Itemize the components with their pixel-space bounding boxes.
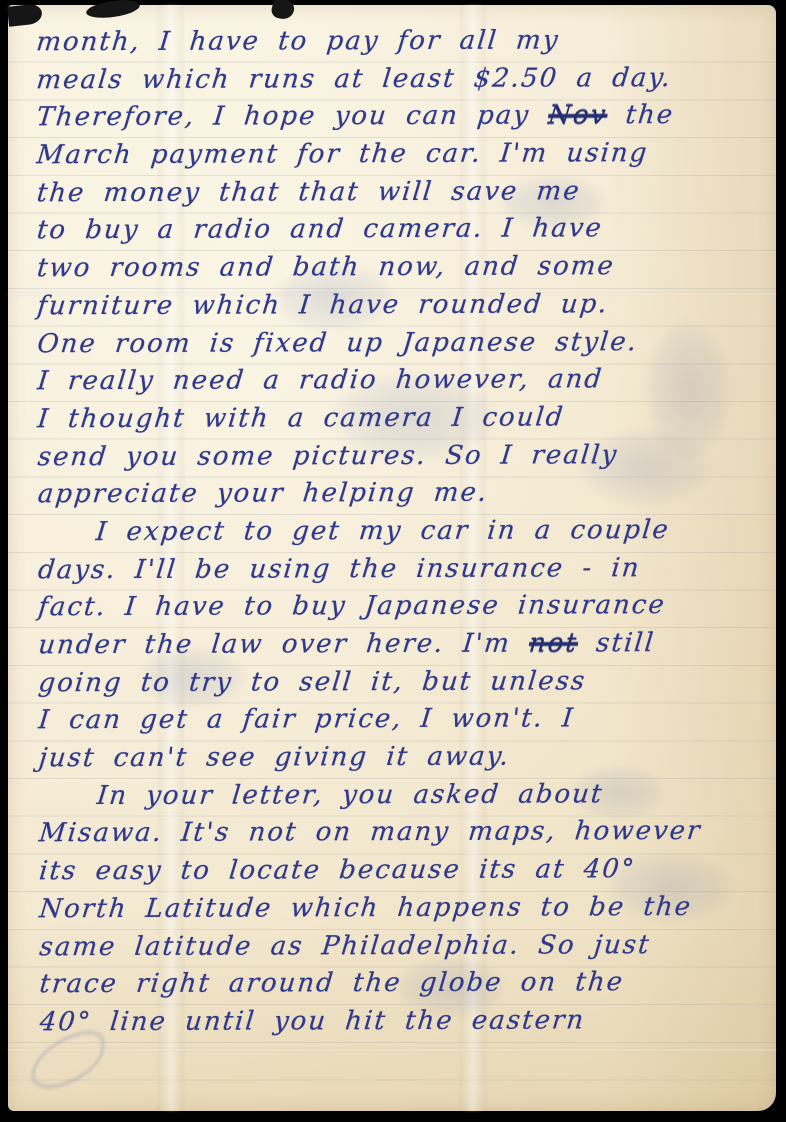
letter-line: appreciate your helping me. [36,474,764,514]
letter-line: to buy a radio and camera. I have [35,210,763,250]
struck-word: not [528,628,580,658]
scan-background: { "document": { "kind": "handwritten-let… [0,0,786,1122]
letter-line: month, I have to pay for all my [34,22,762,62]
letter-line: send you some pictures. So I really [36,436,764,476]
letter-line: fact. I have to buy Japanese insurance [36,587,764,627]
letter-line-text: Therefore, I hope you can pay [35,101,550,133]
letter-line: trace right around the globe on the [38,964,766,1004]
horizontal-crease [8,1048,776,1052]
letter-text: month, I have to pay for all my meals wh… [36,22,764,1042]
scan-edge-ink-fragment [270,0,296,21]
letter-line: Misawa. It's not on many maps, however [37,813,765,853]
letter-line: I expect to get my car in a couple [36,512,764,552]
struck-word: Nov [547,101,609,131]
letter-line-text: the [606,100,676,130]
letter-line: 40° line until you hit the eastern [38,1002,766,1042]
letter-line: I can get a fair price, I won't. I [37,700,765,740]
letter-line: furniture which I have rounded up. [35,286,763,326]
scan-edge-ink-blot [7,3,43,26]
letter-line: Therefore, I hope you can pay Nov the [35,97,763,137]
letter-line: March payment for the car. I'm using [35,135,763,175]
letter-line: its easy to locate because its at 40° [37,851,765,891]
letter-line: North Latitude which happens to be the [37,889,765,929]
letter-line: In your letter, you asked about [37,775,765,815]
letter-line-text: still [576,628,656,658]
letter-line: going to try to sell it, but unless [37,662,765,702]
letter-line: just can't see giving it away. [37,738,765,778]
letter-line: under the law over here. I'm not still [36,625,764,665]
letter-line-text: under the law over here. I'm [37,629,531,661]
letter-line: days. I'll be using the insurance - in [36,549,764,589]
letter-line: I thought with a camera I could [36,399,764,439]
letter-line: meals which runs at least $2.50 a day. [35,59,763,99]
letter-line: One room is fixed up Japanese style. [35,323,763,363]
letter-line: the money that that will save me [35,172,763,212]
letter-line: two rooms and bath now, and some [35,248,763,288]
letter-line: same latitude as Philadelphia. So just [38,926,766,966]
scan-edge-ink-fragment [85,0,141,21]
letter-line: I really need a radio however, and [36,361,764,401]
letter-page: month, I have to pay for all my meals wh… [8,5,776,1111]
